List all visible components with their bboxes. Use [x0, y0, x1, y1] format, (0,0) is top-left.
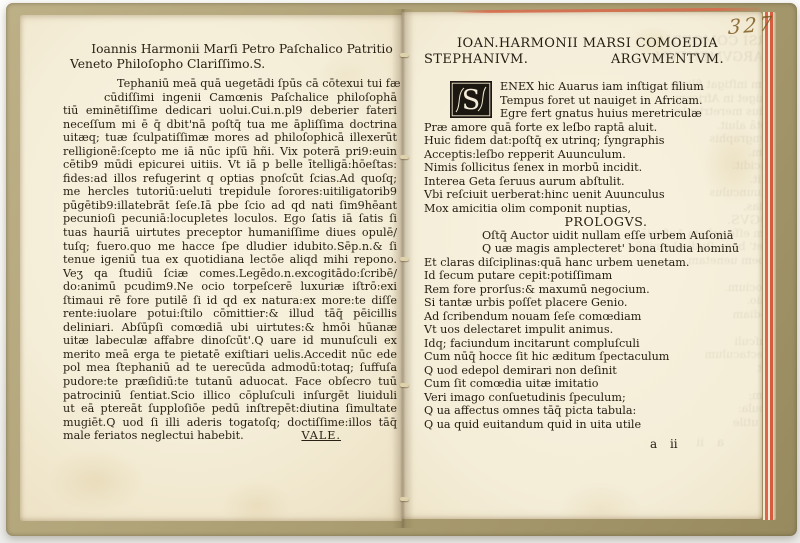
book-photograph: Ioannis Harmonii Marſi Petro Paſchalico …	[0, 0, 800, 543]
left-page-text: Ioannis Harmonii Marſi Petro Paſchalico …	[63, 42, 397, 443]
text-line: merito meā erga te pietatē exiſtiari uel…	[63, 348, 397, 362]
text-line: uitæq; tuæ ſculpatiſſimæ mores ad philoſ…	[63, 131, 397, 145]
binding-stitch	[400, 155, 409, 159]
text-line: Huic fidem dat:poſtq̄ ex utrinq; ſyngrap…	[424, 134, 740, 148]
woodcut-drop-cap: S	[424, 80, 500, 120]
text-line: fides:ad illos refugerint q optias pnoſc…	[63, 172, 397, 186]
text-line: pecunioſi pecuniā:locupletes loculos. Eg…	[63, 212, 397, 226]
text-line: Acceptis:leſbo repperit Auunculum.	[424, 148, 740, 162]
text-line: ſtimaui rē fore putilē ſi id qd ex natur…	[63, 294, 397, 308]
vale-word: VALE.	[301, 429, 341, 443]
dedication-heading-line2: Veneto Philoſopho Clariſſimo.S.	[63, 57, 397, 72]
text-line: Q ua affectus omnes tāq̄ picta tabula:	[424, 404, 740, 418]
text-line: deliniari. Abſūpſi comœdiā ubi uirtutes:…	[63, 321, 397, 335]
argumentum-section: S ENEX hic Auarus iam inſtigat filiumTem…	[424, 80, 740, 215]
right-page: IOAN.HARMONII MARSI COMOEDIA STEPHANIVM.…	[402, 12, 762, 519]
dedication-body: Tephaniū meā quā uegetādi ſpūs cā cōtexu…	[63, 77, 397, 429]
binding-stitch	[400, 53, 409, 57]
text-line: pol mea ſtephaniū ad te uerecūda admodū:…	[63, 361, 397, 375]
text-line: ut eā ptereāt ſupploſiōe pedū inſtrepēt:…	[63, 402, 397, 416]
text-line: Id ſecum putare cepit:potiſſimam	[424, 269, 740, 283]
text-line: cētib9 mūdi epicurei uitiis. Vt iā p bel…	[63, 158, 397, 172]
text-line: Nimis ſollicitus ſenex in morbū incidit.	[424, 161, 740, 175]
text-line: do:animū pcudim9.Ne ocio torpeſcerē luxu…	[63, 280, 397, 294]
text-line: Veʒ qa ſtudiū ſciæ comes.Legēdo.n.excogi…	[63, 267, 397, 281]
argumentum-heading: ARGVMENTVM.	[611, 52, 724, 68]
text-line: me hercles tutoriū:ueluti trepidule ſoro…	[63, 185, 397, 199]
text-line: tenue igeniū tua ex quotidiana lectōe al…	[63, 253, 397, 267]
text-line: Vt uos delectaret impulit animus.	[424, 323, 740, 337]
text-line: Q uæ magis amplecteret' bona ſtudia homi…	[424, 242, 740, 256]
text-line: Q uod edepol demirari non deſinit	[424, 364, 740, 378]
text-line: Mox amicitia olim componit nuptias,	[424, 202, 740, 216]
right-page-text: IOAN.HARMONII MARSI COMOEDIA STEPHANIVM.…	[424, 36, 740, 451]
text-line: Rem fore prorſus:& maxumū negocium.	[424, 283, 740, 297]
text-line: Interea Geta ſeruus aurum abſtulit.	[424, 175, 740, 189]
text-line: pūgētib9:illatebrāt ſeſe.Iā pbe ſcio ad …	[63, 199, 397, 213]
text-line: Cum nūq̄ hocce ſit hic æditum ſpectaculu…	[424, 350, 740, 364]
left-page: Ioannis Harmonii Marſi Petro Paſchalico …	[20, 15, 402, 521]
prologus-heading: PROLOGVS.	[424, 215, 740, 229]
red-fore-edge	[763, 12, 776, 520]
section-headings-row: STEPHANIVM. ARGVMENTVM.	[424, 52, 740, 68]
text-line: mugiēt.Q uod ſi illi aderis togatoſq; do…	[63, 416, 397, 430]
text-line: cūdiſſimi ingenii Camœnis Paſchalice phi…	[63, 91, 397, 105]
text-line: Et claras diſciplinas:quā hanc urbem uen…	[424, 256, 740, 270]
text-line: Cum ſit comœdia uitæ imitatio	[424, 377, 740, 391]
text-line: Si tantæ urbis poſſet placere Genio.	[424, 296, 740, 310]
dedication-heading-line1: Ioannis Harmonii Marſi Petro Paſchalico …	[63, 42, 397, 57]
dedication-closing-line: male feriatos neglectui habebit. VALE.	[63, 429, 397, 443]
text-line: rente:iuolare potui:ſtilo cōmittier:& il…	[63, 307, 397, 321]
text-line: Vbi reſciuit uerberat:hinc uenit Auuncul…	[424, 188, 740, 202]
closing-text: male feriatos neglectui habebit.	[63, 429, 244, 443]
drop-cap-letter: S	[462, 85, 481, 116]
text-line: uitæ labeculæ affabre dinoſcūt'.Q uare i…	[63, 334, 397, 348]
text-line: tiū eminētiſſime dedicari uolui.Cui.n.pl…	[63, 104, 397, 118]
text-line: relligionē:ſcepto me iā nūc ipſū hñi. Vi…	[63, 145, 397, 159]
prologue-lines: Oſtq̄ Auctor uidit nullam eſſe urbem Auſ…	[424, 229, 740, 432]
text-line: Oſtq̄ Auctor uidit nullam eſſe urbem Auſ…	[424, 229, 740, 243]
text-line: tuſq; fuero.quo me hacce ſpe dludier idu…	[63, 240, 397, 254]
folio-number-handwritten: 327	[727, 11, 775, 39]
text-line: patrociniū ſentiat.Scio illico cōpluſcul…	[63, 389, 397, 403]
signature-mark: a ii	[424, 437, 740, 451]
text-line: Idq; faciundum incitarunt compluſculi	[424, 337, 740, 351]
stephanium-heading: STEPHANIVM.	[424, 52, 528, 68]
comedy-title: IOAN.HARMONII MARSI COMOEDIA	[424, 36, 740, 52]
text-line: Veri imago conſuetudinis ſpeculum;	[424, 391, 740, 405]
book-cover: Ioannis Harmonii Marſi Petro Paſchalico …	[6, 3, 797, 536]
text-line: Præ amore quā forte ex leſbo raptā aluit…	[424, 121, 740, 135]
text-line: Ad ſcribendum nouam ſeſe comœdiam	[424, 310, 740, 324]
binding-stitch	[400, 497, 409, 501]
text-line: Tephaniū meā quā uegetādi ſpūs cā cōtexu…	[63, 77, 397, 91]
binding-stitch	[400, 257, 409, 261]
text-line: Q ua quid euitandum quid in uita utile	[424, 418, 740, 432]
text-line: neceſſum mi ē q̄ dbit'nā poſtq̄ tua me ā…	[63, 118, 397, 132]
binding-stitch	[400, 383, 409, 387]
text-line: pudore:te præſidiū:te tutanū aduocat. Fa…	[63, 375, 397, 389]
text-line: tuas hauriā uirtutes preceptor humaniſſi…	[63, 226, 397, 240]
drop-cap-ornament: S	[450, 81, 492, 118]
